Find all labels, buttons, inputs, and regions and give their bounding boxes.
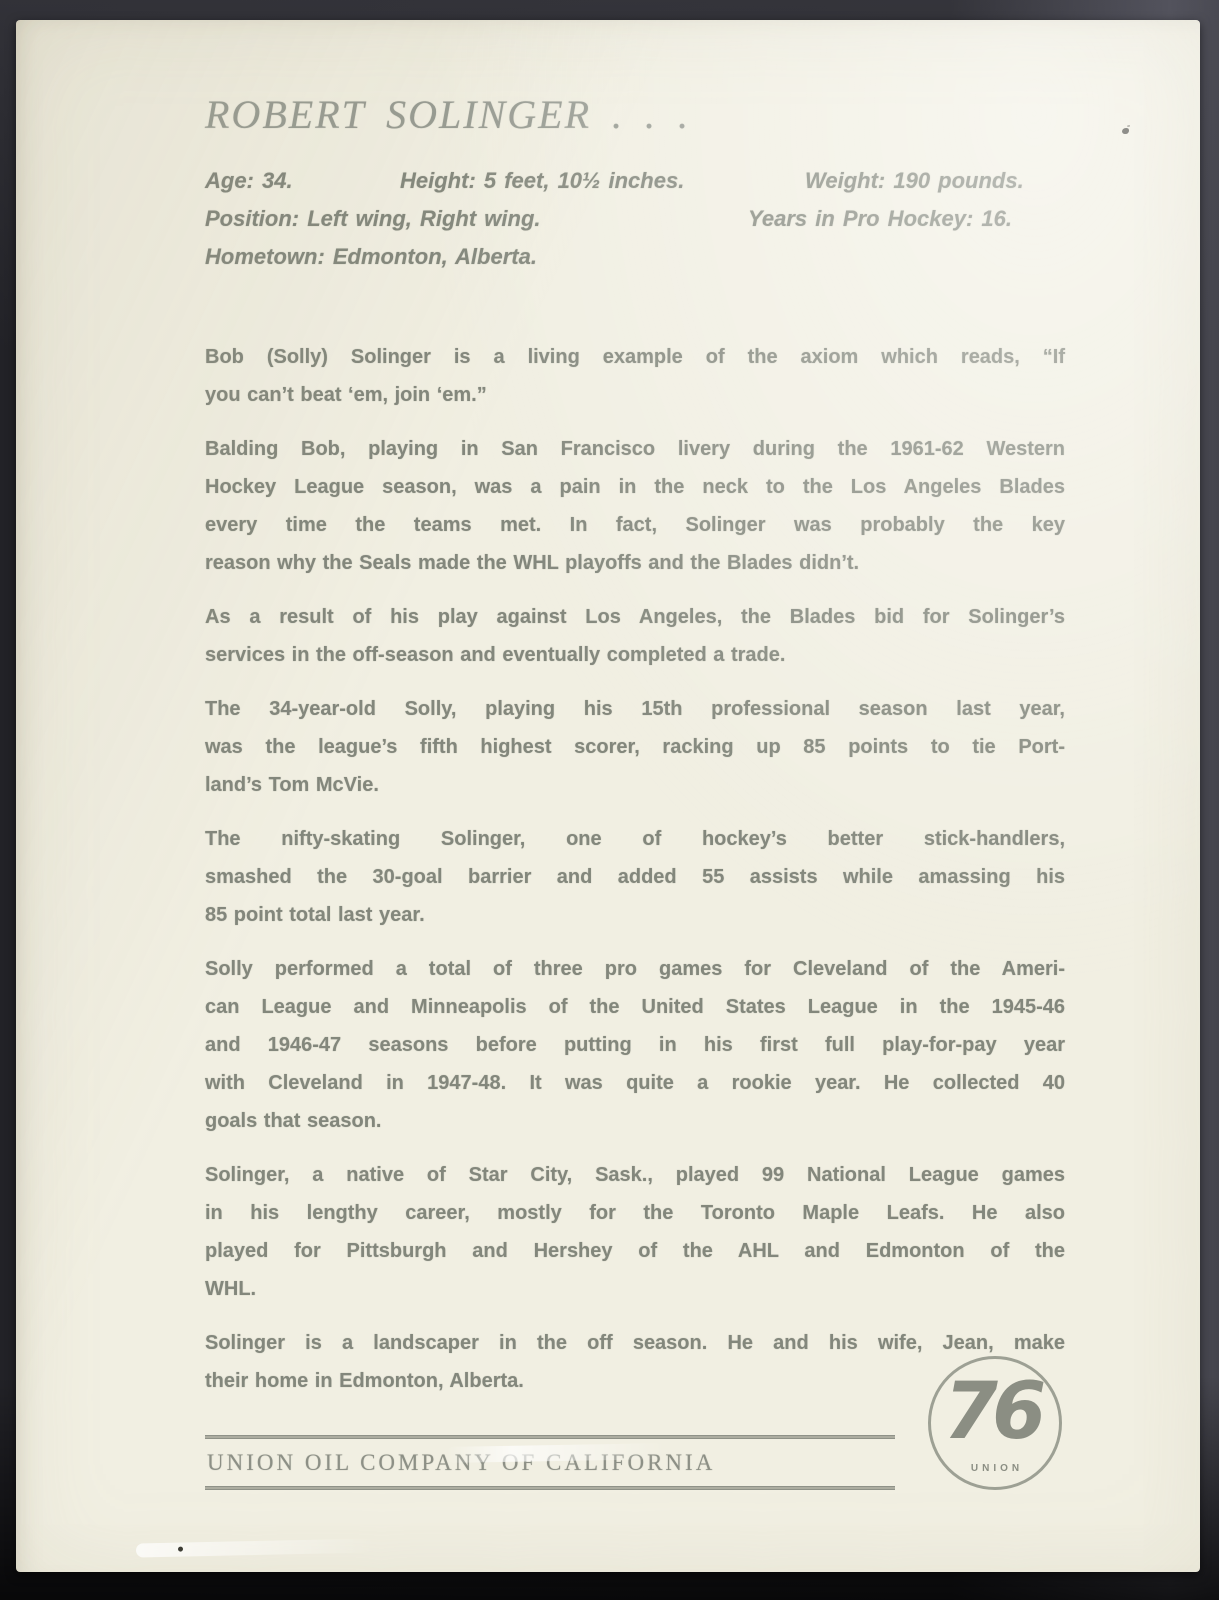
text-line: Solinger is a landscaper in the off seas…: [205, 1324, 1065, 1362]
text-line: Hockey League season, was a pain in the …: [205, 468, 1065, 506]
stat-years-pro: Years in Pro Hockey: 16.: [748, 200, 1012, 238]
text-line: The 34-year-old Solly, playing his 15th …: [205, 690, 1065, 728]
footer-rule-bottom: [205, 1486, 895, 1490]
text-line: Solinger, a native of Star City, Sask., …: [205, 1156, 1065, 1194]
text-line: land’s Tom McVie.: [205, 766, 1065, 804]
stat-age: Age: 34.: [205, 162, 293, 200]
text-line: with Cleveland in 1947-48. It was quite …: [205, 1064, 1065, 1102]
text-line: 85 point total last year.: [205, 896, 1065, 934]
logo-number: 76: [931, 1367, 1053, 1457]
paragraph: Solly performed a total of three pro gam…: [205, 950, 1065, 1140]
stat-weight: Weight: 190 pounds.: [805, 162, 1024, 200]
card-content: ROBERT SOLINGER . . . Age: 34. Height: 5…: [205, 20, 1065, 1572]
text-line: every time the teams met. In fact, Solin…: [205, 506, 1065, 544]
stat-position: Position: Left wing, Right wing.: [205, 200, 541, 238]
paragraph: Solinger, a native of Star City, Sask., …: [205, 1156, 1065, 1308]
text-line: goals that season.: [205, 1102, 1065, 1140]
biography-text: Bob (Solly) Solinger is a living example…: [205, 338, 1065, 1416]
text-line: As a result of his play against Los Ange…: [205, 598, 1065, 636]
text-line: services in the off-season and eventuall…: [205, 636, 1065, 674]
photo-background: { "card": { "title": "ROBERT SOLINGER . …: [0, 0, 1219, 1600]
paragraph: The nifty-skating Solinger, one of hocke…: [205, 820, 1065, 934]
text-line: smashed the 30-goal barrier and added 55…: [205, 858, 1065, 896]
text-line: played for Pittsburgh and Hershey of the…: [205, 1232, 1065, 1270]
text-line: in his lengthy career, mostly for the To…: [205, 1194, 1065, 1232]
text-line: The nifty-skating Solinger, one of hocke…: [205, 820, 1065, 858]
text-line: reason why the Seals made the WHL playof…: [205, 544, 1065, 582]
text-line: Solly performed a total of three pro gam…: [205, 950, 1065, 988]
text-line: and 1946-47 seasons before putting in hi…: [205, 1026, 1065, 1064]
stat-height: Height: 5 feet, 10½ inches.: [400, 162, 684, 200]
text-line: you can’t beat ‘em, join ‘em.”: [205, 376, 1065, 414]
text-line: WHL.: [205, 1270, 1065, 1308]
player-name-title: ROBERT SOLINGER . . .: [205, 95, 690, 135]
union-76-logo: 76 UNION: [928, 1356, 1062, 1490]
paper-speck: [1122, 128, 1129, 134]
logo-brand-label: UNION: [935, 1463, 1059, 1474]
player-stats: Age: 34. Height: 5 feet, 10½ inches. Wei…: [205, 162, 1065, 276]
hockey-card-back: ROBERT SOLINGER . . . Age: 34. Height: 5…: [16, 20, 1200, 1572]
text-line: Bob (Solly) Solinger is a living example…: [205, 338, 1065, 376]
text-line: Balding Bob, playing in San Francisco li…: [205, 430, 1065, 468]
text-line: can League and Minneapolis of the United…: [205, 988, 1065, 1026]
text-line: was the league’s fifth highest scorer, r…: [205, 728, 1065, 766]
stat-hometown: Hometown: Edmonton, Alberta.: [205, 238, 537, 276]
paragraph: As a result of his play against Los Ange…: [205, 598, 1065, 674]
paragraph: Bob (Solly) Solinger is a living example…: [205, 338, 1065, 414]
paragraph: The 34-year-old Solly, playing his 15th …: [205, 690, 1065, 804]
paragraph: Balding Bob, playing in San Francisco li…: [205, 430, 1065, 582]
